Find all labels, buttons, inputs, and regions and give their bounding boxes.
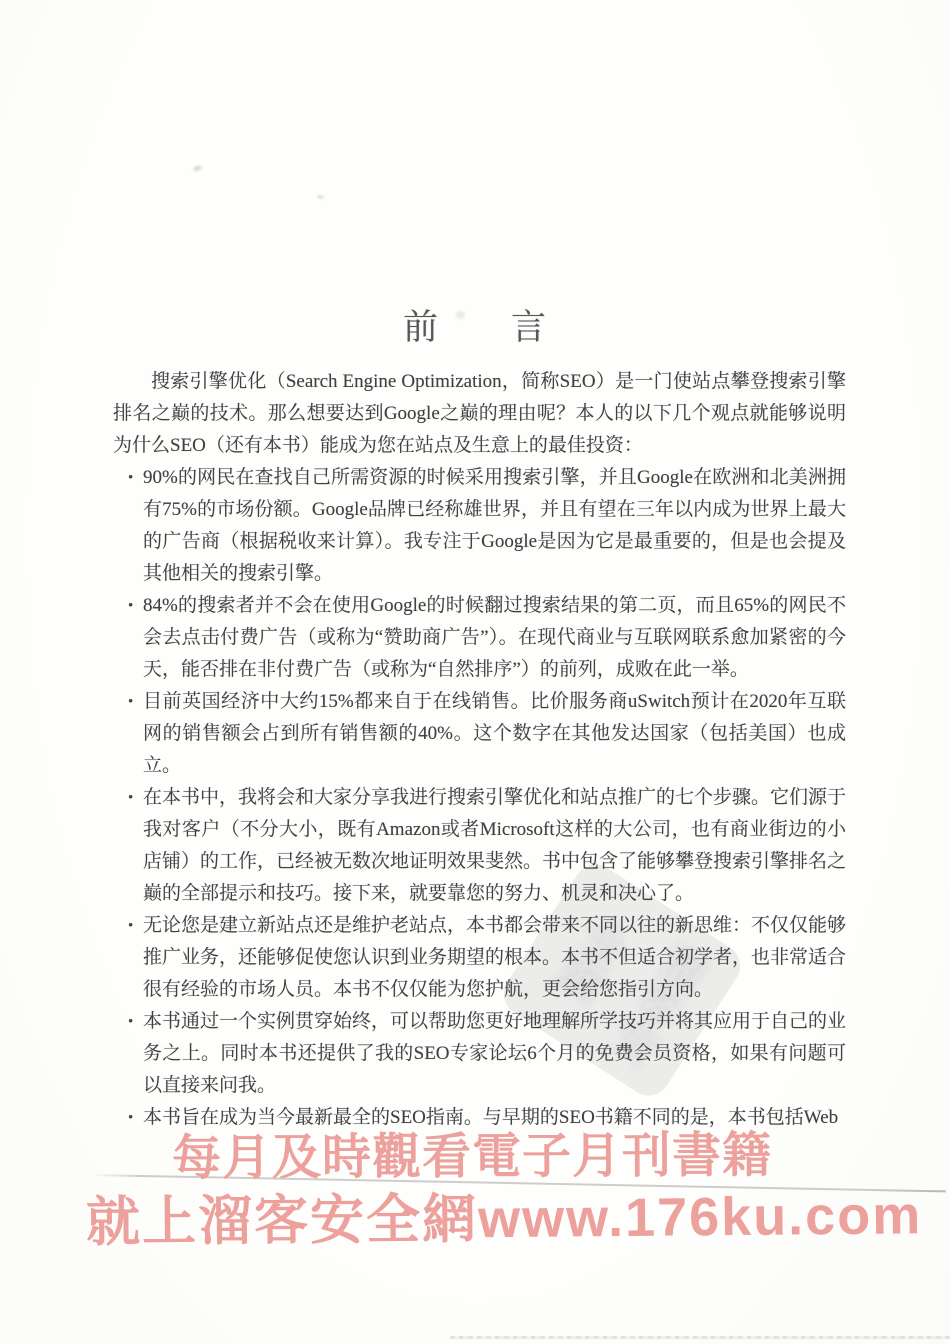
body-text: 搜索引擎优化（Search Engine Optimization，简称SEO）…: [113, 366, 846, 1134]
bullet-list: 90%的网民在查找自己所需资源的时候采用搜索引擎，并且Google在欧洲和北美洲…: [128, 462, 846, 1134]
page-title: 前 言: [0, 300, 950, 350]
list-item: 84%的搜索者并不会在使用Google的时候翻过搜索结果的第二页，而且65%的网…: [128, 590, 846, 686]
scan-noise-strip: [450, 1336, 950, 1339]
intro-paragraph: 搜索引擎优化（Search Engine Optimization，简称SEO）…: [113, 366, 846, 462]
list-item: 90%的网民在查找自己所需资源的时候采用搜索引擎，并且Google在欧洲和北美洲…: [128, 462, 846, 590]
list-item: 在本书中，我将会和大家分享我进行搜索引擎优化和站点推广的七个步骤。它们源于我对客…: [128, 782, 846, 910]
watermark-line-2: 就上溜客安全網www.176ku.com: [86, 1172, 923, 1256]
scanned-book-page: 全網 溜客安 前 言 搜索引擎优化（Search Engine Optimiza…: [0, 0, 950, 1344]
list-item: 目前英国经济中大约15%都来自于在线销售。比价服务商uSwitch预计在2020…: [128, 686, 846, 782]
scan-speck: [317, 194, 325, 199]
scan-speck: [193, 165, 203, 172]
list-item: 无论您是建立新站点还是维护老站点，本书都会带来不同以往的新思维：不仅仅能够推广业…: [128, 910, 846, 1006]
list-item: 本书通过一个实例贯穿始终，可以帮助您更好地理解所学技巧并将其应用于自己的业务之上…: [128, 1006, 846, 1102]
